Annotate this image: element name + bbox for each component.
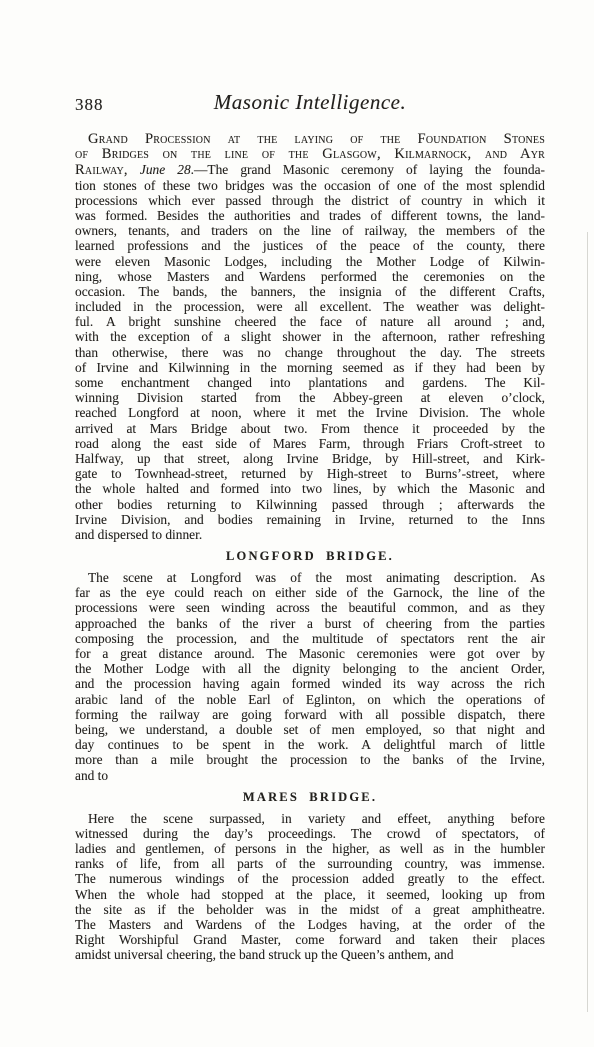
text-line: far as the eye could reach on either sid… [75,585,545,600]
text-line: arrived at Mars Bridge about two. From t… [75,421,545,436]
text-line: for a great distance around. The Masonic… [75,646,545,661]
text-line: included in the procession, were all exc… [75,299,545,314]
text-line: approached the banks of the river a burs… [75,616,545,631]
text-line: being, we understand, a double set of me… [75,722,545,737]
text-line: reached Longford at noon, where it met t… [75,405,545,420]
text-line: other bodies returning to Kilwinning pas… [75,497,545,512]
text-line: witnessed during the day’s proceedings. … [75,826,545,841]
text-line: than otherwise, there was no change thro… [75,345,545,360]
text-line: learned professions and the justices of … [75,238,545,253]
text-line: The Masters and Wardens of the Lodges ha… [75,917,545,932]
text-line: some enchantment changed into plantation… [75,375,545,390]
text-line: ladies and gentlemen, of persons in the … [75,841,545,856]
text-line: day continues to be spent in the work. A… [75,737,545,752]
text-line: Irvine Division, and bodies remaining in… [75,512,545,527]
article-paragraph-1: Grand Procession at the laying of the Fo… [75,132,545,542]
text-line: processions were seen winding across the… [75,600,545,615]
text-line: the site as if the beholder was in the m… [75,902,545,917]
opening-line-1: Grand Procession at the laying of the Fo… [75,132,545,147]
text-line: were eleven Masonic Lodges, including th… [75,254,545,269]
text-line: and to [75,768,545,783]
text-line: of Irvine and Kilwinning in the morning … [75,360,545,375]
text-line: The scene at Longford was of the most an… [75,570,545,585]
text-line: owners, tenants, and traders on the line… [75,223,545,238]
text-line: gate to Townhead-street, returned by Hig… [75,466,545,481]
opening-line-3-smallcaps: Railway, [75,162,128,177]
text-line: Here the scene surpassed, in variety and… [75,811,545,826]
text-line: more than a mile brought the procession … [75,752,545,767]
text-line: winning Division started from the Abbey-… [75,390,545,405]
page-number: 388 [75,95,104,115]
text-line: the Mother Lodge with all the dignity be… [75,661,545,676]
text-line: composing the procession, and the multit… [75,631,545,646]
text-line: When the whole had stopped at the place,… [75,887,545,902]
article-text-block: Grand Procession at the laying of the Fo… [75,132,545,963]
section-heading-mares-bridge: MARES BRIDGE. [75,790,545,805]
opening-line-2: of Bridges on the line of the Glasgow, K… [75,147,545,162]
text-line: ful. A bright sunshine cheered the face … [75,314,545,329]
text-line: Right Worshipful Grand Master, come forw… [75,932,545,947]
text-line: arabic land of the noble Earl of Eglinto… [75,692,545,707]
text-line: amidst universal cheering, the band stru… [75,947,545,962]
page-title: Masonic Intelligence. [75,90,545,115]
text-line: The numerous windings of the procession … [75,871,545,886]
section-1-paragraph: The scene at Longford was of the most an… [75,570,545,783]
scan-edge-artifact [587,232,588,1012]
text-line: the whole halted and formed into two lin… [75,481,545,496]
text-line: occasion. The bands, the banners, the in… [75,284,545,299]
text-line: was formed. Besides the authorities and … [75,208,545,223]
text-line: Halfway, up that street, along Irvine Br… [75,451,545,466]
text-line: and the procession having again formed w… [75,676,545,691]
text-line: road along the east side of Mares Farm, … [75,436,545,451]
page-header: 388 Masonic Intelligence. [75,90,545,122]
scanned-page: 388 Masonic Intelligence. Grand Processi… [0,0,594,1047]
text-line: tion stones of these two bridges was the… [75,178,545,193]
section-2-paragraph: Here the scene surpassed, in variety and… [75,811,545,963]
text-line: and dispersed to dinner. [75,527,545,542]
text-line: with the exception of a slight shower in… [75,329,545,344]
opening-line-3: Railway, June 28.—The grand Masonic cere… [75,162,545,177]
opening-line-3-rest: .—The grand Masonic ceremony of laying t… [191,162,545,177]
section-heading-longford-bridge: LONGFORD BRIDGE. [75,549,545,564]
opening-line-3-date: June 28 [140,162,191,177]
text-line: ning, whose Masters and Wardens performe… [75,269,545,284]
text-line: processions which ever passed through th… [75,193,545,208]
text-line: forming the railway are going forward wi… [75,707,545,722]
paragraph-1-lines: tion stones of these two bridges was the… [75,178,545,543]
text-line: ranks of life, from all parts of the sur… [75,856,545,871]
